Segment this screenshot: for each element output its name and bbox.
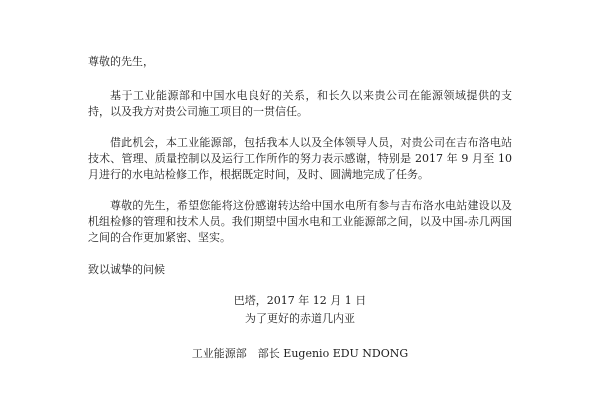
letter-content: 尊敬的先生， 基于工业能源部和中国水电良好的关系，和长久以来贵公司在能源领域提供… — [88, 54, 512, 362]
body-paragraph-3: 尊敬的先生，希望您能将这份感谢转达给中国水电所有参与吉布洛水电站建设以及机组检修… — [88, 198, 512, 246]
closing-line: 致以诚挚的问候 — [88, 262, 512, 278]
letter-page: 尊敬的先生， 基于工业能源部和中国水电良好的关系，和长久以来贵公司在能源领域提供… — [0, 0, 600, 404]
salutation-line: 尊敬的先生， — [88, 54, 512, 70]
date-motto-block: 巴塔，2017 年 12 月 1 日 为了更好的赤道几内亚 — [88, 292, 512, 328]
body-paragraph-1: 基于工业能源部和中国水电良好的关系，和长久以来贵公司在能源领域提供的支持，以及我… — [88, 88, 512, 120]
date-line: 巴塔，2017 年 12 月 1 日 — [88, 292, 512, 310]
motto-line: 为了更好的赤道几内亚 — [88, 310, 512, 328]
signature-line: 工业能源部 部长 Eugenio EDU NDONG — [88, 346, 512, 362]
body-paragraph-2: 借此机会，本工业能源部，包括我本人以及全体领导人员，对贵公司在吉布洛电站技术、管… — [88, 135, 512, 183]
